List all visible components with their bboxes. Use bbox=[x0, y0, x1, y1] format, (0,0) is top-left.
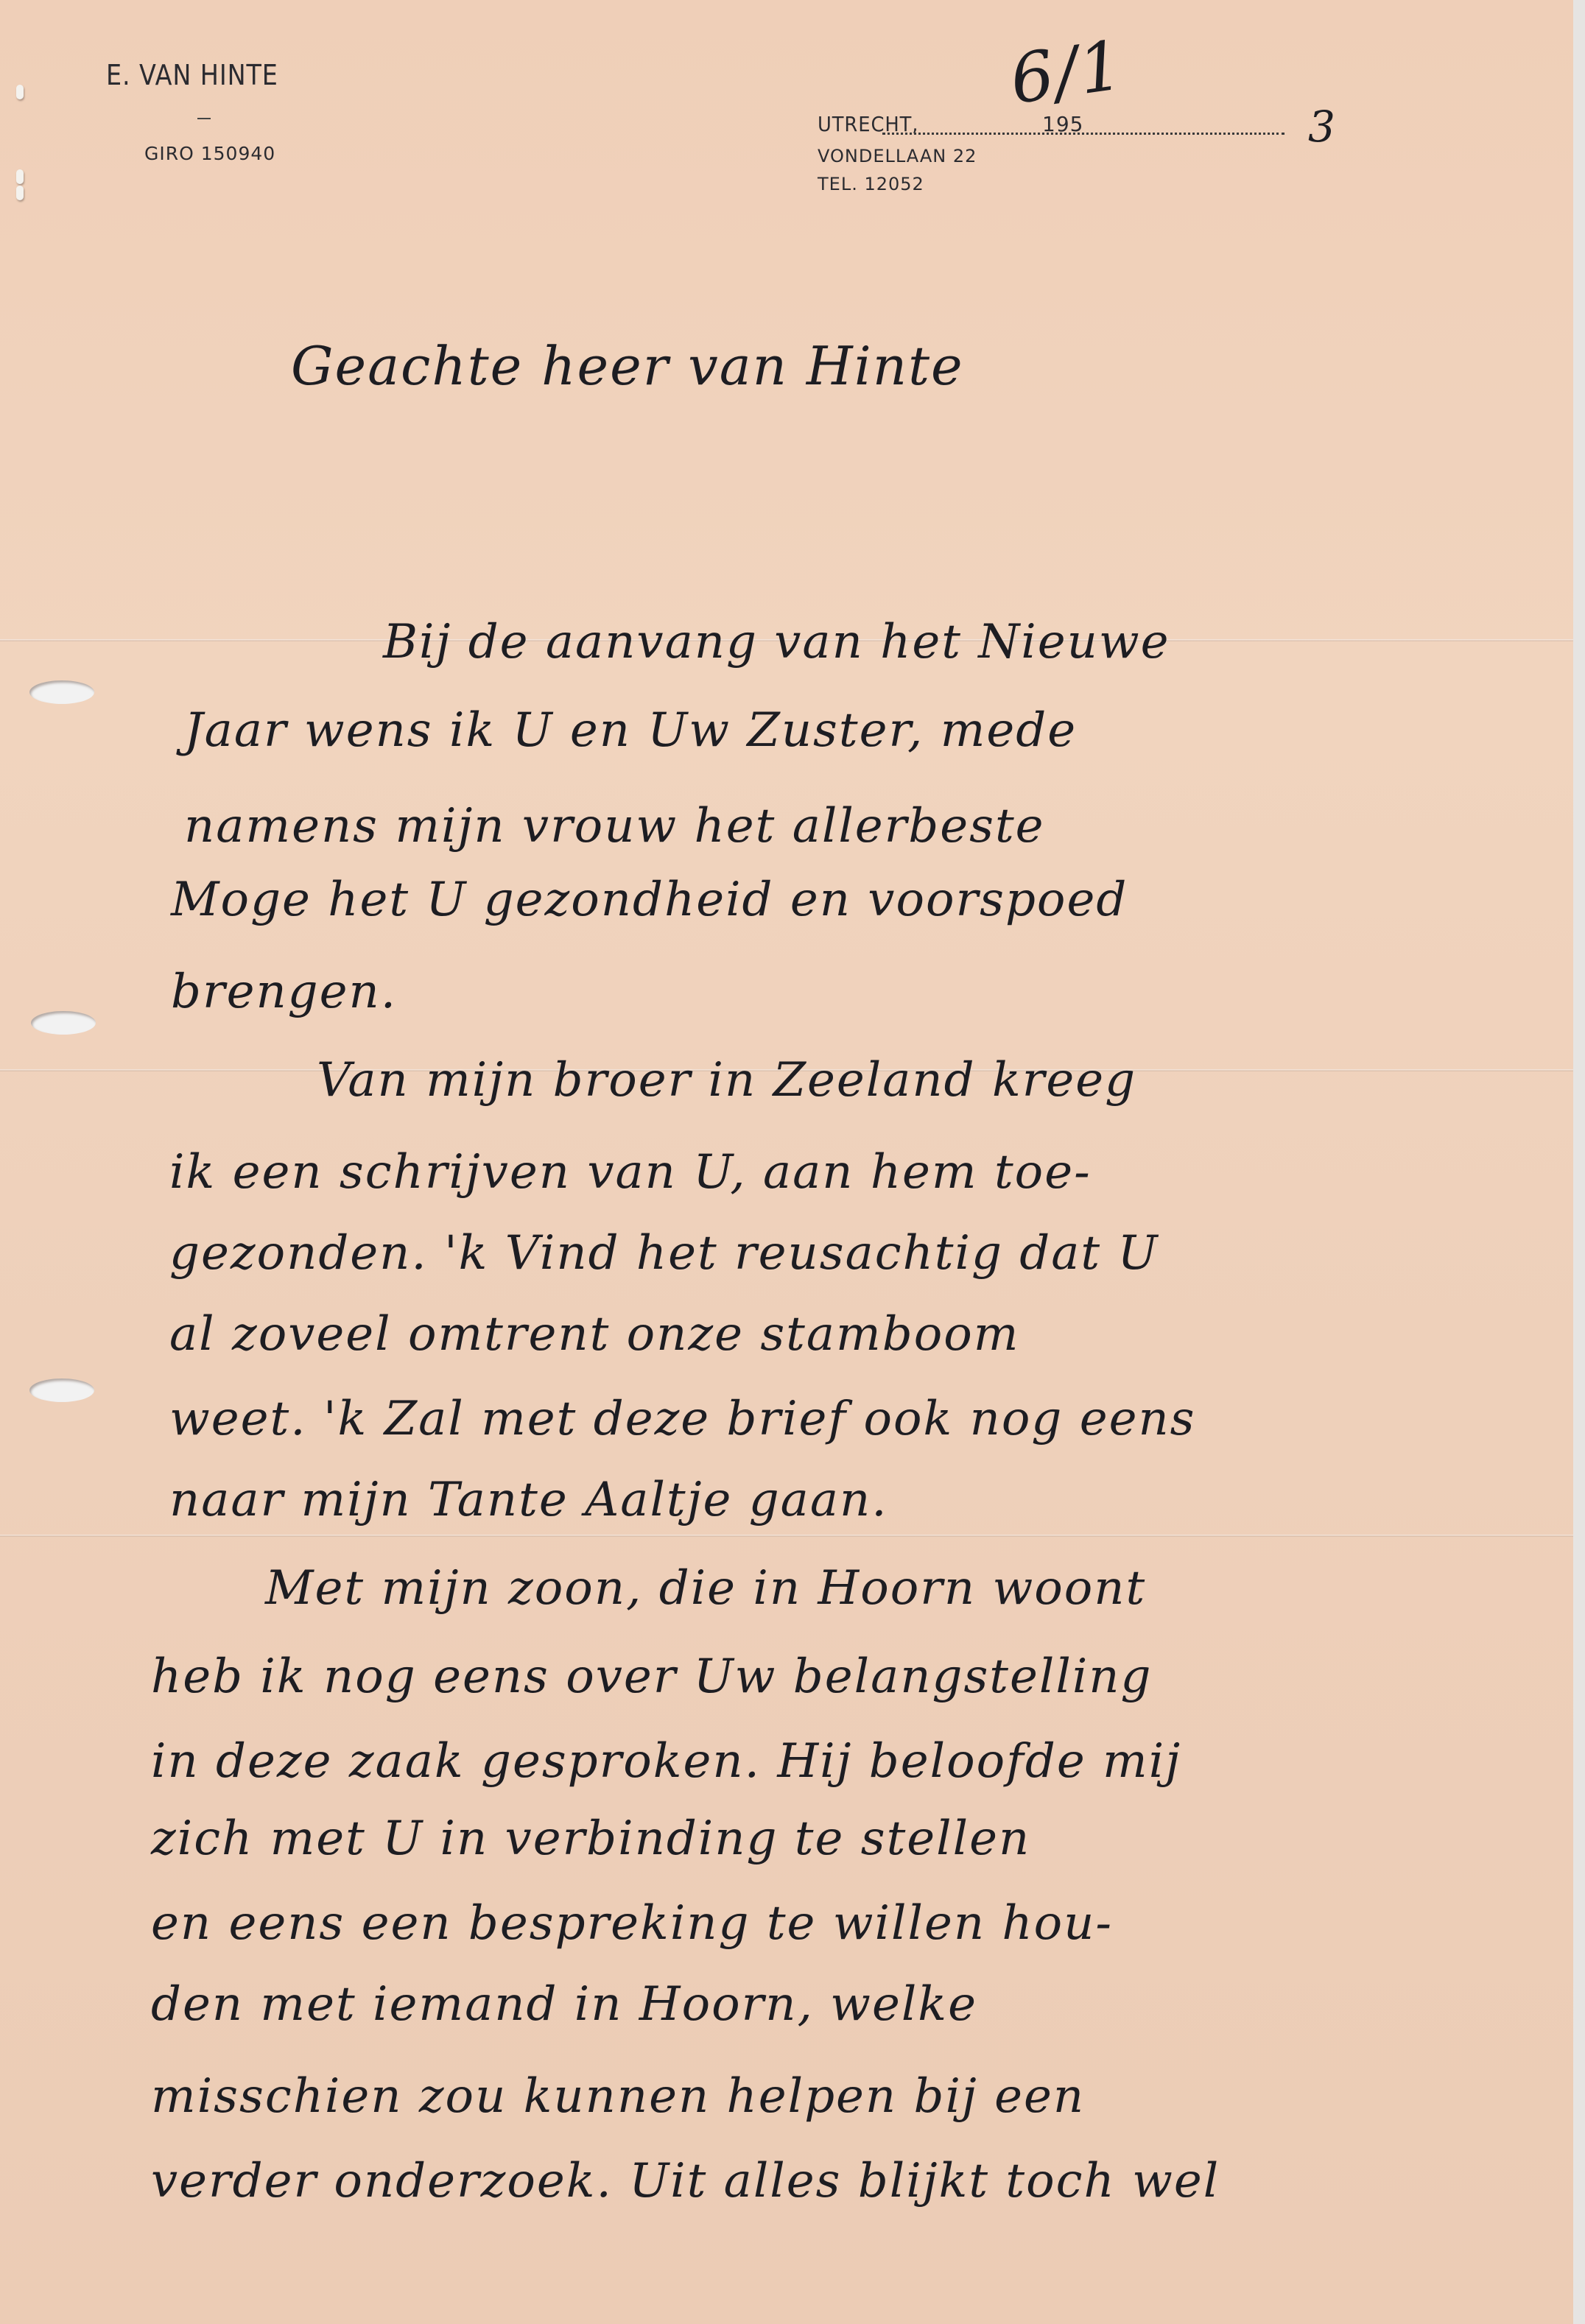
body-line: ik een schrijven van U, aan hem toe- bbox=[169, 1145, 1092, 1200]
body-line: naar mijn Tante Aaltje gaan. bbox=[169, 1473, 888, 1527]
scanner-background-edge bbox=[1573, 0, 1585, 2324]
body-line: zich met U in verbinding te stellen bbox=[151, 1811, 1030, 1866]
body-line: brengen. bbox=[171, 965, 397, 1019]
body-line: in deze zaak gesproken. Hij beloofde mij bbox=[151, 1734, 1181, 1789]
letterhead-divider bbox=[197, 118, 211, 119]
body-line: namens mijn vrouw het allerbeste bbox=[184, 799, 1045, 853]
body-line: gezonden. 'k Vind het reusachtig dat U bbox=[169, 1226, 1159, 1281]
body-line: Bij de aanvang van het Nieuwe bbox=[383, 615, 1170, 669]
body-line: den met iemand in Hoorn, welke bbox=[151, 1977, 977, 2032]
body-line: weet. 'k Zal met deze brief ook nog eens bbox=[169, 1392, 1196, 1446]
body-line: en eens een bespreking te willen hou- bbox=[151, 1896, 1113, 1951]
salutation: Geachte heer van Hinte bbox=[291, 335, 964, 397]
handwritten-year-digit: 3 bbox=[1308, 102, 1337, 152]
letterhead-giro: GIRO 150940 bbox=[144, 143, 275, 164]
body-line: misschien zou kunnen helpen bij een bbox=[151, 2069, 1085, 2124]
letterhead-year-prefix: 195 bbox=[1042, 112, 1083, 136]
letterhead-address: VONDELLAAN 22 bbox=[818, 146, 977, 166]
punch-hole bbox=[29, 680, 94, 704]
letterhead-name: E. VAN HINTE bbox=[106, 59, 278, 91]
punch-hole bbox=[31, 1011, 96, 1035]
staple-hole bbox=[16, 169, 24, 184]
body-line: Van mijn broer in Zeeland kreeg bbox=[317, 1053, 1136, 1108]
body-line: al zoveel omtrent onze stamboom bbox=[169, 1307, 1019, 1362]
staple-hole bbox=[16, 85, 24, 99]
body-line: heb ik nog eens over Uw belangstelling bbox=[151, 1649, 1152, 1704]
body-line: Moge het U gezondheid en voorspoed bbox=[171, 873, 1128, 927]
paper-fold-crease bbox=[0, 1535, 1573, 1537]
handwritten-date: 6/1 bbox=[1005, 26, 1128, 119]
body-line: Jaar wens ik U en Uw Zuster, mede bbox=[184, 703, 1077, 758]
staple-hole bbox=[16, 186, 24, 200]
body-line: verder onderzoek. Uit alles blijkt toch … bbox=[151, 2154, 1220, 2208]
punch-hole bbox=[29, 1378, 94, 1402]
body-line: Met mijn zoon, die in Hoorn woont bbox=[265, 1561, 1146, 1616]
letterhead-phone: TEL. 12052 bbox=[818, 174, 924, 194]
